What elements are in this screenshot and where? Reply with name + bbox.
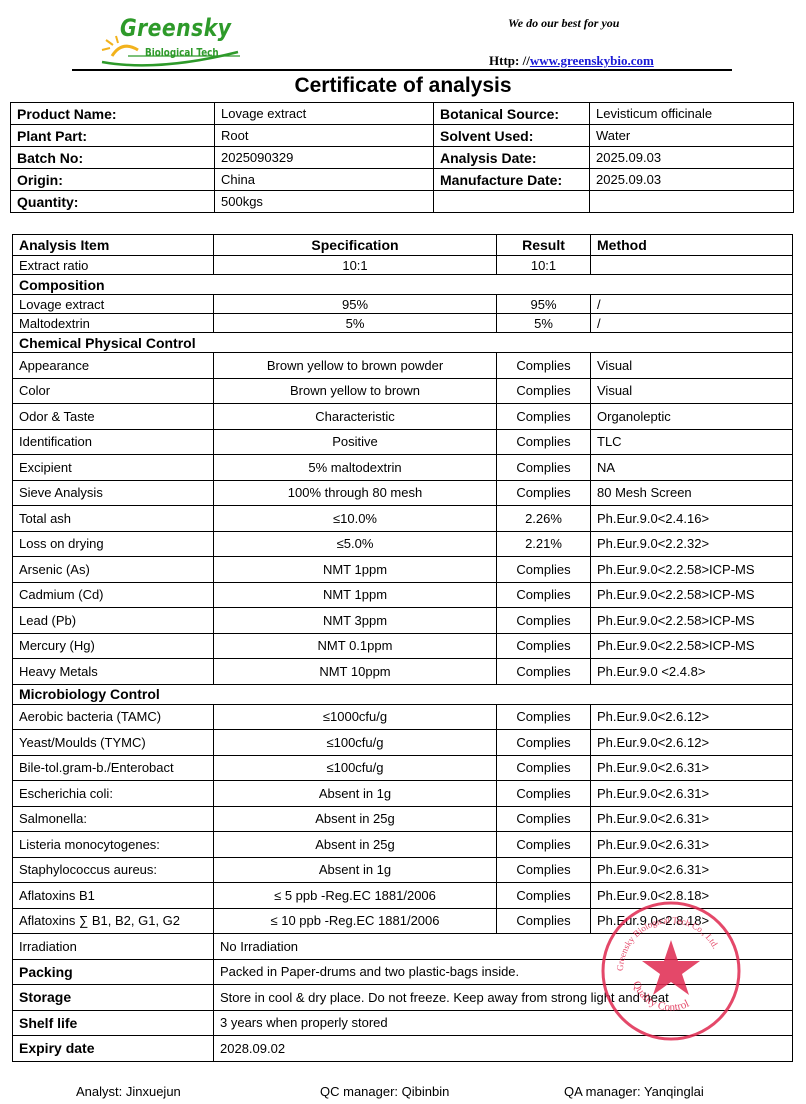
item-cell: Extract ratio (13, 256, 214, 275)
info-value: 2025.09.03 (590, 169, 794, 191)
table-row: Odor & TasteCharacteristicCompliesOrgano… (13, 404, 793, 430)
info-value: China (215, 169, 434, 191)
item-cell: Lead (Pb) (13, 608, 214, 634)
table-row: Lovage extract95%95%/ (13, 295, 793, 314)
table-row: AppearanceBrown yellow to brown powderCo… (13, 353, 793, 379)
footer-value: Store in cool & dry place. Do not freeze… (214, 985, 793, 1011)
table-row: Aflatoxins ∑ B1, B2, G1, G2≤ 10 ppb -Reg… (13, 908, 793, 934)
section-title: Composition (13, 275, 793, 295)
table-row: Salmonella:Absent in 25gCompliesPh.Eur.9… (13, 806, 793, 832)
info-label: Batch No: (11, 147, 215, 169)
spec-cell: ≤10.0% (214, 506, 497, 532)
result-cell: Complies (497, 557, 591, 583)
info-row: Batch No:2025090329Analysis Date:2025.09… (11, 147, 794, 169)
method-cell: Ph.Eur.9.0<2.8.18> (591, 908, 793, 934)
item-cell: Escherichia coli: (13, 781, 214, 807)
footer-value: 2028.09.02 (214, 1036, 793, 1062)
footer-row: PackingPacked in Paper-drums and two pla… (13, 959, 793, 985)
item-cell: Identification (13, 429, 214, 455)
item-cell: Salmonella: (13, 806, 214, 832)
item-cell: Total ash (13, 506, 214, 532)
method-cell: Ph.Eur.9.0<2.2.58>ICP-MS (591, 633, 793, 659)
footer-row: Expiry date2028.09.02 (13, 1036, 793, 1062)
table-row: ColorBrown yellow to brownCompliesVisual (13, 378, 793, 404)
footer-label: Packing (13, 959, 214, 985)
method-cell: 80 Mesh Screen (591, 480, 793, 506)
method-cell: / (591, 314, 793, 333)
method-cell: Ph.Eur.9.0<2.6.12> (591, 730, 793, 756)
footer-label: Irradiation (13, 934, 214, 960)
info-row: Origin:ChinaManufacture Date:2025.09.03 (11, 169, 794, 191)
info-label: Origin: (11, 169, 215, 191)
result-cell: Complies (497, 378, 591, 404)
table-row: Excipient5% maltodextrinCompliesNA (13, 455, 793, 481)
header-result: Result (497, 235, 591, 256)
table-row: Maltodextrin5%5%/ (13, 314, 793, 333)
footer-row: StorageStore in cool & dry place. Do not… (13, 985, 793, 1011)
spec-cell: NMT 1ppm (214, 557, 497, 583)
method-cell: Ph.Eur.9.0<2.6.31> (591, 832, 793, 858)
table-row: Sieve Analysis100% through 80 meshCompli… (13, 480, 793, 506)
section-title: Microbiology Control (13, 684, 793, 704)
result-cell: Complies (497, 429, 591, 455)
info-value (590, 191, 794, 213)
result-cell: Complies (497, 582, 591, 608)
result-cell: 10:1 (497, 256, 591, 275)
page-title: Certificate of analysis (0, 74, 806, 98)
table-row: Total ash≤10.0%2.26%Ph.Eur.9.0<2.4.16> (13, 506, 793, 532)
result-cell: 5% (497, 314, 591, 333)
spec-cell: 10:1 (214, 256, 497, 275)
item-cell: Appearance (13, 353, 214, 379)
result-cell: Complies (497, 832, 591, 858)
info-label: Plant Part: (11, 125, 215, 147)
footer-label: Expiry date (13, 1036, 214, 1062)
header-specification: Specification (214, 235, 497, 256)
method-cell: Ph.Eur.9.0<2.6.31> (591, 755, 793, 781)
website-prefix: Http: // (489, 53, 530, 68)
logo-wordmark: Greensky (120, 14, 231, 42)
item-cell: Excipient (13, 455, 214, 481)
result-cell: Complies (497, 353, 591, 379)
result-cell: Complies (497, 755, 591, 781)
item-cell: Heavy Metals (13, 659, 214, 685)
info-value: 500kgs (215, 191, 434, 213)
table-row: Cadmium (Cd)NMT 1ppmCompliesPh.Eur.9.0<2… (13, 582, 793, 608)
result-cell: Complies (497, 883, 591, 909)
method-cell: / (591, 295, 793, 314)
website: Http: //www.greenskybio.com (489, 53, 654, 69)
table-row: Extract ratio 10:1 10:1 (13, 256, 793, 275)
spec-cell: ≤ 5 ppb -Reg.EC 1881/2006 (214, 883, 497, 909)
item-cell: Odor & Taste (13, 404, 214, 430)
spec-cell: Absent in 25g (214, 806, 497, 832)
spec-cell: Characteristic (214, 404, 497, 430)
header-divider (72, 69, 732, 71)
table-row: Escherichia coli:Absent in 1gCompliesPh.… (13, 781, 793, 807)
spec-cell: Positive (214, 429, 497, 455)
spec-cell: 95% (214, 295, 497, 314)
method-cell: Ph.Eur.9.0<2.2.32> (591, 531, 793, 557)
method-cell: Organoleptic (591, 404, 793, 430)
spec-cell: NMT 10ppm (214, 659, 497, 685)
item-cell: Color (13, 378, 214, 404)
table-row: Mercury (Hg)NMT 0.1ppmCompliesPh.Eur.9.0… (13, 633, 793, 659)
qc-manager-signature: QC manager: Qibinbin (320, 1084, 449, 1099)
analyst-signature: Analyst: Jinxuejun (76, 1084, 181, 1099)
method-cell: Ph.Eur.9.0<2.2.58>ICP-MS (591, 557, 793, 583)
item-cell: Sieve Analysis (13, 480, 214, 506)
table-row: Loss on drying≤5.0%2.21%Ph.Eur.9.0<2.2.3… (13, 531, 793, 557)
spec-cell: Brown yellow to brown powder (214, 353, 497, 379)
item-cell: Mercury (Hg) (13, 633, 214, 659)
method-cell: Ph.Eur.9.0 <2.4.8> (591, 659, 793, 685)
section-title: Chemical Physical Control (13, 333, 793, 353)
item-cell: Listeria monocytogenes: (13, 832, 214, 858)
item-cell: Arsenic (As) (13, 557, 214, 583)
spec-cell: NMT 3ppm (214, 608, 497, 634)
method-cell: Ph.Eur.9.0<2.6.12> (591, 704, 793, 730)
result-cell: Complies (497, 704, 591, 730)
section-header-microbiology: Microbiology Control (13, 684, 793, 704)
method-cell: Ph.Eur.9.0<2.8.18> (591, 883, 793, 909)
result-cell: Complies (497, 659, 591, 685)
info-label: Manufacture Date: (434, 169, 590, 191)
footer-row: IrradiationNo Irradiation (13, 934, 793, 960)
result-cell: Complies (497, 633, 591, 659)
result-cell: Complies (497, 781, 591, 807)
info-row: Quantity:500kgs (11, 191, 794, 213)
spec-cell: 5% (214, 314, 497, 333)
method-cell: Ph.Eur.9.0<2.6.31> (591, 806, 793, 832)
info-row: Product Name:Lovage extractBotanical Sou… (11, 103, 794, 125)
spec-cell: Absent in 1g (214, 781, 497, 807)
table-row: Arsenic (As)NMT 1ppmCompliesPh.Eur.9.0<2… (13, 557, 793, 583)
info-label: Quantity: (11, 191, 215, 213)
analysis-table: Analysis Item Specification Result Metho… (12, 234, 793, 1062)
footer-value: No Irradiation (214, 934, 793, 960)
info-label: Analysis Date: (434, 147, 590, 169)
spec-cell: Absent in 25g (214, 832, 497, 858)
info-label: Product Name: (11, 103, 215, 125)
method-cell: Ph.Eur.9.0<2.6.31> (591, 781, 793, 807)
result-cell: Complies (497, 608, 591, 634)
result-cell: Complies (497, 480, 591, 506)
result-cell: Complies (497, 806, 591, 832)
spec-cell: ≤100cfu/g (214, 755, 497, 781)
result-cell: 95% (497, 295, 591, 314)
result-cell: Complies (497, 908, 591, 934)
method-cell: Ph.Eur.9.0<2.2.58>ICP-MS (591, 608, 793, 634)
logo-subtitle: Biological Tech (145, 46, 219, 59)
spec-cell: NMT 1ppm (214, 582, 497, 608)
method-cell: Ph.Eur.9.0<2.6.31> (591, 857, 793, 883)
footer-value: Packed in Paper-drums and two plastic-ba… (214, 959, 793, 985)
table-row: Aerobic bacteria (TAMC)≤1000cfu/gComplie… (13, 704, 793, 730)
result-cell: Complies (497, 730, 591, 756)
method-cell: Ph.Eur.9.0<2.2.58>ICP-MS (591, 582, 793, 608)
section-header-composition: Composition (13, 275, 793, 295)
spec-cell: NMT 0.1ppm (214, 633, 497, 659)
method-cell (591, 256, 793, 275)
item-cell: Aerobic bacteria (TAMC) (13, 704, 214, 730)
info-value: Lovage extract (215, 103, 434, 125)
item-cell: Maltodextrin (13, 314, 214, 333)
footer-label: Shelf life (13, 1010, 214, 1036)
info-label: Solvent Used: (434, 125, 590, 147)
info-value: 2025.09.03 (590, 147, 794, 169)
info-value: 2025090329 (215, 147, 434, 169)
item-cell: Yeast/Moulds (TYMC) (13, 730, 214, 756)
table-row: Staphylococcus aureus:Absent in 1gCompli… (13, 857, 793, 883)
website-link[interactable]: www.greenskybio.com (530, 53, 654, 68)
product-info-table: Product Name:Lovage extractBotanical Sou… (10, 102, 794, 213)
table-row: Aflatoxins B1≤ 5 ppb -Reg.EC 1881/2006Co… (13, 883, 793, 909)
spec-cell: ≤5.0% (214, 531, 497, 557)
table-row: Lead (Pb)NMT 3ppmCompliesPh.Eur.9.0<2.2.… (13, 608, 793, 634)
item-cell: Aflatoxins ∑ B1, B2, G1, G2 (13, 908, 214, 934)
table-row: IdentificationPositiveCompliesTLC (13, 429, 793, 455)
item-cell: Bile-tol.gram-b./Enterobact (13, 755, 214, 781)
table-row: Listeria monocytogenes:Absent in 25gComp… (13, 832, 793, 858)
info-label: Botanical Source: (434, 103, 590, 125)
result-cell: Complies (497, 404, 591, 430)
table-header-row: Analysis Item Specification Result Metho… (13, 235, 793, 256)
result-cell: Complies (497, 857, 591, 883)
info-label (434, 191, 590, 213)
info-value: Water (590, 125, 794, 147)
info-row: Plant Part:RootSolvent Used:Water (11, 125, 794, 147)
footer-row: Shelf life3 years when properly stored (13, 1010, 793, 1036)
item-cell: Aflatoxins B1 (13, 883, 214, 909)
method-cell: TLC (591, 429, 793, 455)
method-cell: Visual (591, 378, 793, 404)
item-cell: Loss on drying (13, 531, 214, 557)
table-row: Heavy MetalsNMT 10ppmCompliesPh.Eur.9.0 … (13, 659, 793, 685)
result-cell: 2.26% (497, 506, 591, 532)
result-cell: Complies (497, 455, 591, 481)
item-cell: Cadmium (Cd) (13, 582, 214, 608)
item-cell: Lovage extract (13, 295, 214, 314)
footer-value: 3 years when properly stored (214, 1010, 793, 1036)
header-analysis-item: Analysis Item (13, 235, 214, 256)
method-cell: Ph.Eur.9.0<2.4.16> (591, 506, 793, 532)
table-row: Yeast/Moulds (TYMC)≤100cfu/gCompliesPh.E… (13, 730, 793, 756)
method-cell: NA (591, 455, 793, 481)
spec-cell: Brown yellow to brown (214, 378, 497, 404)
table-row: Bile-tol.gram-b./Enterobact≤100cfu/gComp… (13, 755, 793, 781)
info-value: Levisticum officinale (590, 103, 794, 125)
footer-label: Storage (13, 985, 214, 1011)
spec-cell: 5% maltodextrin (214, 455, 497, 481)
method-cell: Visual (591, 353, 793, 379)
qa-manager-signature: QA manager: Yanqinglai (564, 1084, 704, 1099)
item-cell: Staphylococcus aureus: (13, 857, 214, 883)
result-cell: 2.21% (497, 531, 591, 557)
info-value: Root (215, 125, 434, 147)
section-header-chemical: Chemical Physical Control (13, 333, 793, 353)
spec-cell: 100% through 80 mesh (214, 480, 497, 506)
company-logo: Greensky Biological Tech (98, 12, 248, 68)
header-method: Method (591, 235, 793, 256)
slogan: We do our best for you (508, 16, 619, 31)
spec-cell: ≤100cfu/g (214, 730, 497, 756)
spec-cell: Absent in 1g (214, 857, 497, 883)
spec-cell: ≤ 10 ppb -Reg.EC 1881/2006 (214, 908, 497, 934)
spec-cell: ≤1000cfu/g (214, 704, 497, 730)
